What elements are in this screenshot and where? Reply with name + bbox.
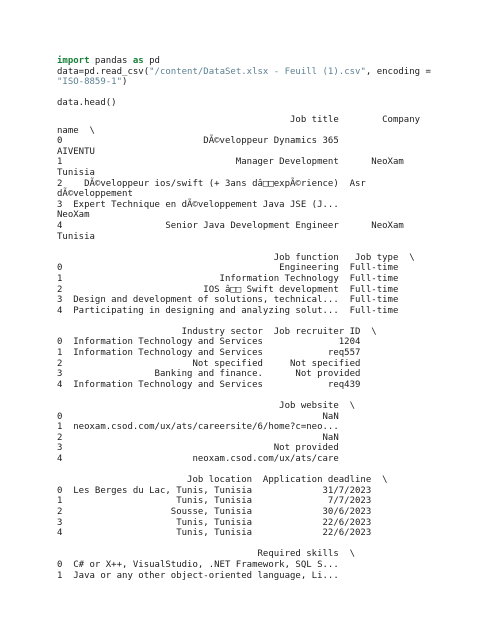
code-token-plain: pd xyxy=(144,56,160,66)
code-token-string: "/content/DataSet.xlsx - Feuill (1).csv" xyxy=(149,67,366,77)
code-token-string: "ISO-8859-1" xyxy=(57,77,122,87)
code-token-plain: ) xyxy=(122,77,127,87)
code-line: "ISO-8859-1") xyxy=(57,77,431,88)
code-token-plain: data=pd.read_csv( xyxy=(57,67,149,77)
code-line: import pandas as pd xyxy=(57,56,431,67)
code-token-plain: pandas xyxy=(90,56,133,66)
code-cell[interactable]: import pandas as pddata=pd.read_csv("/co… xyxy=(57,56,431,109)
code-line: data.head() xyxy=(57,98,431,109)
code-token-keyword: import xyxy=(57,56,90,66)
notebook-page: import pandas as pddata=pd.read_csv("/co… xyxy=(0,0,495,640)
code-token-keyword: as xyxy=(133,56,144,66)
code-token-plain: , encoding = xyxy=(366,67,431,77)
code-line xyxy=(57,88,431,99)
code-line: data=pd.read_csv("/content/DataSet.xlsx … xyxy=(57,67,431,78)
dataframe-output: Job title Company name \ 0 DÃ©veloppeur … xyxy=(57,115,420,581)
code-token-plain: data.head() xyxy=(57,98,117,108)
